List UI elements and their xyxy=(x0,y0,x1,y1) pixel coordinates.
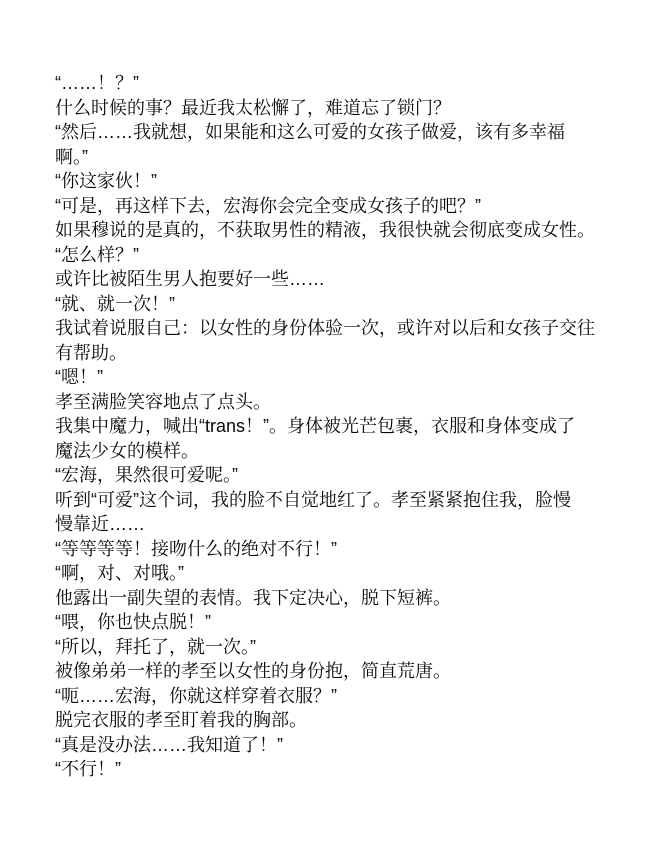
text-line: “不行！” xyxy=(55,757,595,782)
text-line: “所以，拜托了，就一次。” xyxy=(55,635,595,660)
text-line: 魔法少女的模样。 xyxy=(55,439,595,464)
text-line: 脱完衣服的孝至盯着我的胸部。 xyxy=(55,708,595,733)
text-line: “然后……我就想，如果能和这么可爱的女孩子做爱，该有多幸福 xyxy=(55,120,595,145)
text-line: 被像弟弟一样的孝至以女性的身份抱，简直荒唐。 xyxy=(55,659,595,684)
text-line: “宏海，果然很可爱呢。” xyxy=(55,463,595,488)
text-line: “嗯！” xyxy=(55,365,595,390)
text-line: 他露出一副失望的表情。我下定决心，脱下短裤。 xyxy=(55,586,595,611)
text-line: 孝至满脸笑容地点了点头。 xyxy=(55,390,595,415)
text-line: “等等等等！接吻什么的绝对不行！” xyxy=(55,537,595,562)
text-line: “你这家伙！” xyxy=(55,169,595,194)
text-line: “可是，再这样下去，宏海你会完全变成女孩子的吧？” xyxy=(55,194,595,219)
text-line: “啊，对、对哦。” xyxy=(55,561,595,586)
text-line: 有帮助。 xyxy=(55,341,595,366)
text-line: 什么时候的事？最近我太松懈了，难道忘了锁门？ xyxy=(55,96,595,121)
text-line: “就、就一次！” xyxy=(55,292,595,317)
text-line: 我试着说服自己：以女性的身份体验一次，或许对以后和女孩子交往 xyxy=(55,316,595,341)
text-line: “喂，你也快点脱！” xyxy=(55,610,595,635)
novel-page: “……！？”什么时候的事？最近我太松懈了，难道忘了锁门？“然后……我就想，如果能… xyxy=(0,0,650,850)
text-content: “……！？”什么时候的事？最近我太松懈了，难道忘了锁门？“然后……我就想，如果能… xyxy=(55,71,595,782)
text-line: “真是没办法……我知道了！” xyxy=(55,733,595,758)
text-line: 啊。” xyxy=(55,145,595,170)
text-line: 慢靠近…… xyxy=(55,512,595,537)
text-line: 如果穆说的是真的，不获取男性的精液，我很快就会彻底变成女性。 xyxy=(55,218,595,243)
text-line: 我集中魔力，喊出“trans！”。身体被光芒包裹，衣服和身体变成了 xyxy=(55,414,595,439)
text-line: 听到“可爱”这个词，我的脸不自觉地红了。孝至紧紧抱住我，脸慢 xyxy=(55,488,595,513)
text-line: “……！？” xyxy=(55,71,595,96)
text-line: “呃……宏海，你就这样穿着衣服？” xyxy=(55,684,595,709)
text-line: 或许比被陌生男人抱要好一些…… xyxy=(55,267,595,292)
text-line: “怎么样？” xyxy=(55,243,595,268)
